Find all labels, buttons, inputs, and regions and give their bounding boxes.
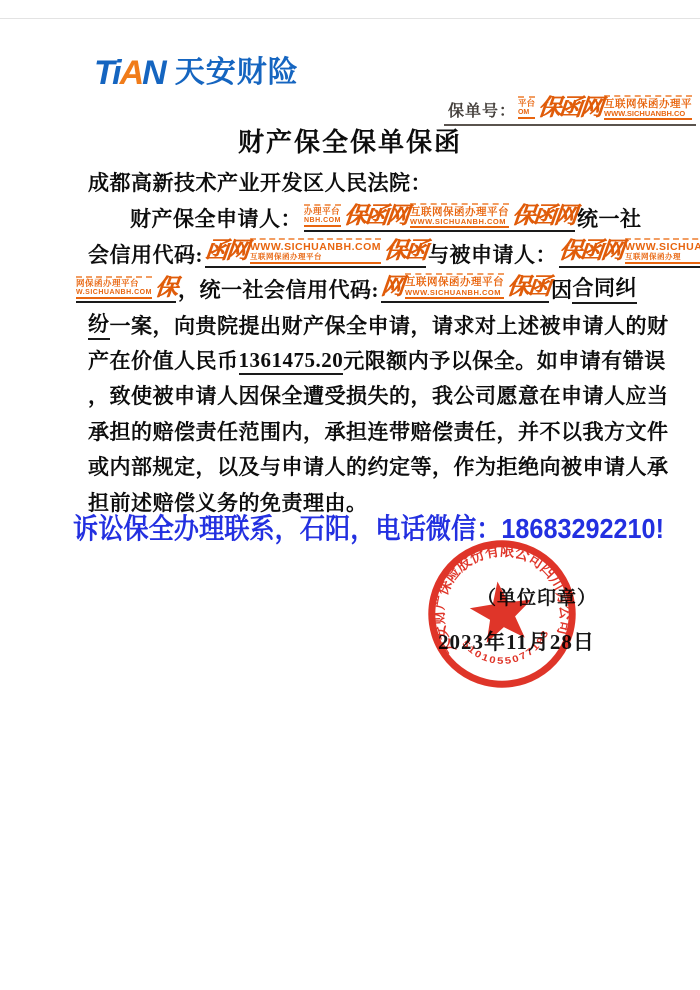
baohanwang-brand-glyph: 保函网 — [537, 96, 602, 119]
watermark-caption-top: WWW.SICHUANBH.COM — [250, 238, 381, 253]
baohanwang-brand-glyph: 保函网 — [343, 204, 408, 227]
logo-company-name: 天安财险 — [175, 58, 299, 88]
baohanwang-brand-glyph: 保函网 — [511, 204, 576, 227]
baohanwang-watermark: 平台OM保函网互联网保函办理平WWW.SICHUANBH.CO — [518, 95, 692, 121]
body-text: 产在价值人民币 — [88, 345, 239, 375]
watermark-caption-stack: 互联网保函办理平台WWW.SICHUANBH.COM — [405, 273, 504, 299]
watermark-caption-top: 办理平台 — [304, 204, 341, 217]
watermark-caption-bottom: WWW.SICHUANBH.COM — [405, 289, 504, 300]
watermark-caption-top: 互联网保函办理平台 — [410, 203, 509, 218]
body-line: 网保函办理平台W.SICHUANBH.COM保，统一社会信用代码:网互联网保函办… — [74, 269, 648, 304]
baohanwang-brand-glyph: 保 — [154, 276, 177, 299]
body-line: 产在价值人民币1361475.20元限额内予以保全。如申请有错误 — [88, 340, 648, 375]
baohanwang-brand-glyph: 保函 — [383, 239, 427, 262]
policy-number-label: 保单号： — [448, 98, 516, 121]
company-red-seal: 天安财产保险股份有限公司四川分公司 5101055077193 — [414, 526, 590, 702]
baohanwang-watermark: 保函网WWW.SICHUANBH互联网保函办理 — [559, 238, 700, 268]
body-text: 与被申请人： — [428, 239, 557, 269]
logo-letter-n: N — [142, 54, 165, 92]
body-text: 会信用代码: — [88, 239, 203, 269]
watermark-caption-bottom: OM — [518, 109, 535, 119]
watermark-caption-stack: 平台OM — [518, 96, 535, 119]
document-page: TiAN 天安财险 保单号： 平台OM保函网互联网保函办理平WWW.SICHUA… — [0, 0, 700, 990]
watermark-caption-stack: WWW.SICHUANBH.COM互联网保函办理平台 — [250, 238, 381, 264]
watermark-caption-stack: 网保函办理平台W.SICHUANBH.COM — [76, 276, 152, 299]
watermark-caption-bottom: WWW.SICHUANBH.COM — [410, 218, 509, 229]
baohanwang-watermark: 函网WWW.SICHUANBH.COM互联网保函办理平台保函 — [205, 238, 426, 268]
body-line: 纷一案，向贵院提出财产保全申请，请求对上述被申请人的财 — [88, 304, 648, 339]
seal-star-icon — [467, 577, 537, 644]
baohanwang-brand-glyph: 保函网 — [558, 239, 623, 262]
baohanwang-brand-glyph: 网 — [380, 275, 403, 298]
logo-latin-mark: TiAN — [94, 56, 165, 90]
body-text: ，致使被申请人因保全遭受损失的，我公司愿意在申请人应当 — [88, 380, 669, 410]
watermark-caption-bottom: W.SICHUANBH.COM — [76, 289, 152, 299]
watermark-caption-bottom: WWW.SICHUANBH.CO — [604, 110, 692, 121]
body-text: 或内部规定，以及与申请人的约定等，作为拒绝向被申请人承 — [88, 451, 669, 481]
watermark-caption-stack: WWW.SICHUANBH互联网保函办理 — [625, 238, 700, 264]
watermark-caption-top: 网保函办理平台 — [76, 276, 152, 289]
watermark-caption-top: 互联网保函办理平 — [604, 95, 692, 110]
body-text: 因 — [551, 274, 573, 304]
underlined-text: 1361475.20 — [239, 348, 344, 375]
body-line: 会信用代码:函网WWW.SICHUANBH.COM互联网保函办理平台保函与被申请… — [88, 233, 648, 268]
body-line: 或内部规定，以及与申请人的约定等，作为拒绝向被申请人承 — [88, 446, 648, 481]
body-text: 一案，向贵院提出财产保全申请，请求对上述被申请人的财 — [110, 310, 669, 340]
watermark-caption-stack: 办理平台NBH.COM — [304, 204, 341, 227]
body-text: 承担的赔偿责任范围内，承担连带赔偿责任，并不以我方文件 — [88, 416, 669, 446]
document-title: 财产保全保单保函 — [0, 122, 700, 159]
body-text: 统一社 — [577, 203, 642, 233]
baohanwang-watermark: 网保函办理平台W.SICHUANBH.COM保 — [76, 276, 176, 303]
logo-letter-ti: Ti — [94, 54, 120, 92]
underlined-text: 合同纠 — [572, 272, 637, 304]
watermark-caption-bottom: 互联网保函办理 — [625, 253, 700, 264]
watermark-caption-top: 互联网保函办理平台 — [405, 273, 504, 288]
watermark-caption-top: WWW.SICHUANBH — [625, 238, 700, 253]
tianan-insurance-logo: TiAN 天安财险 — [94, 56, 299, 90]
underlined-text: 纷 — [88, 308, 110, 340]
watermark-caption-top: 平台 — [518, 96, 535, 109]
logo-letter-a: A — [120, 54, 143, 92]
body-text: 财产保全申请人： — [130, 203, 302, 233]
watermark-caption-stack: 互联网保函办理平台WWW.SICHUANBH.COM — [410, 203, 509, 229]
letter-body: 财产保全申请人：办理平台NBH.COM保函网互联网保函办理平台WWW.SICHU… — [88, 198, 648, 517]
court-address-line: 成都高新技术产业开发区人民法院： — [88, 167, 432, 197]
baohanwang-watermark: 办理平台NBH.COM保函网互联网保函办理平台WWW.SICHUANBH.COM… — [304, 203, 575, 233]
body-line: ，致使被申请人因保全遭受损失的，我公司愿意在申请人应当 — [88, 375, 648, 410]
baohanwang-watermark: 网互联网保函办理平台WWW.SICHUANBH.COM保函 — [381, 273, 549, 303]
body-text: 元限额内予以保全。如申请有错误 — [343, 345, 666, 375]
watermark-caption-bottom: NBH.COM — [304, 217, 341, 227]
body-text: ，统一社会信用代码: — [178, 274, 379, 304]
baohanwang-brand-glyph: 保函 — [506, 275, 550, 298]
watermark-caption-bottom: 互联网保函办理平台 — [250, 253, 381, 264]
contact-advert-line: 诉讼保全办理联系，石阳，电话微信：18683292210! — [73, 507, 664, 547]
watermark-caption-stack: 互联网保函办理平WWW.SICHUANBH.CO — [604, 95, 692, 121]
body-line: 财产保全申请人：办理平台NBH.COM保函网互联网保函办理平台WWW.SICHU… — [88, 198, 648, 233]
baohanwang-brand-glyph: 函网 — [204, 239, 248, 262]
body-line: 承担的赔偿责任范围内，承担连带赔偿责任，并不以我方文件 — [88, 410, 648, 445]
page-top-divider — [0, 18, 700, 19]
svg-text:5101055077193: 5101055077193 — [459, 626, 554, 671]
policy-number-watermark-host: 平台OM保函网互联网保函办理平WWW.SICHUANBH.CO — [516, 94, 694, 121]
